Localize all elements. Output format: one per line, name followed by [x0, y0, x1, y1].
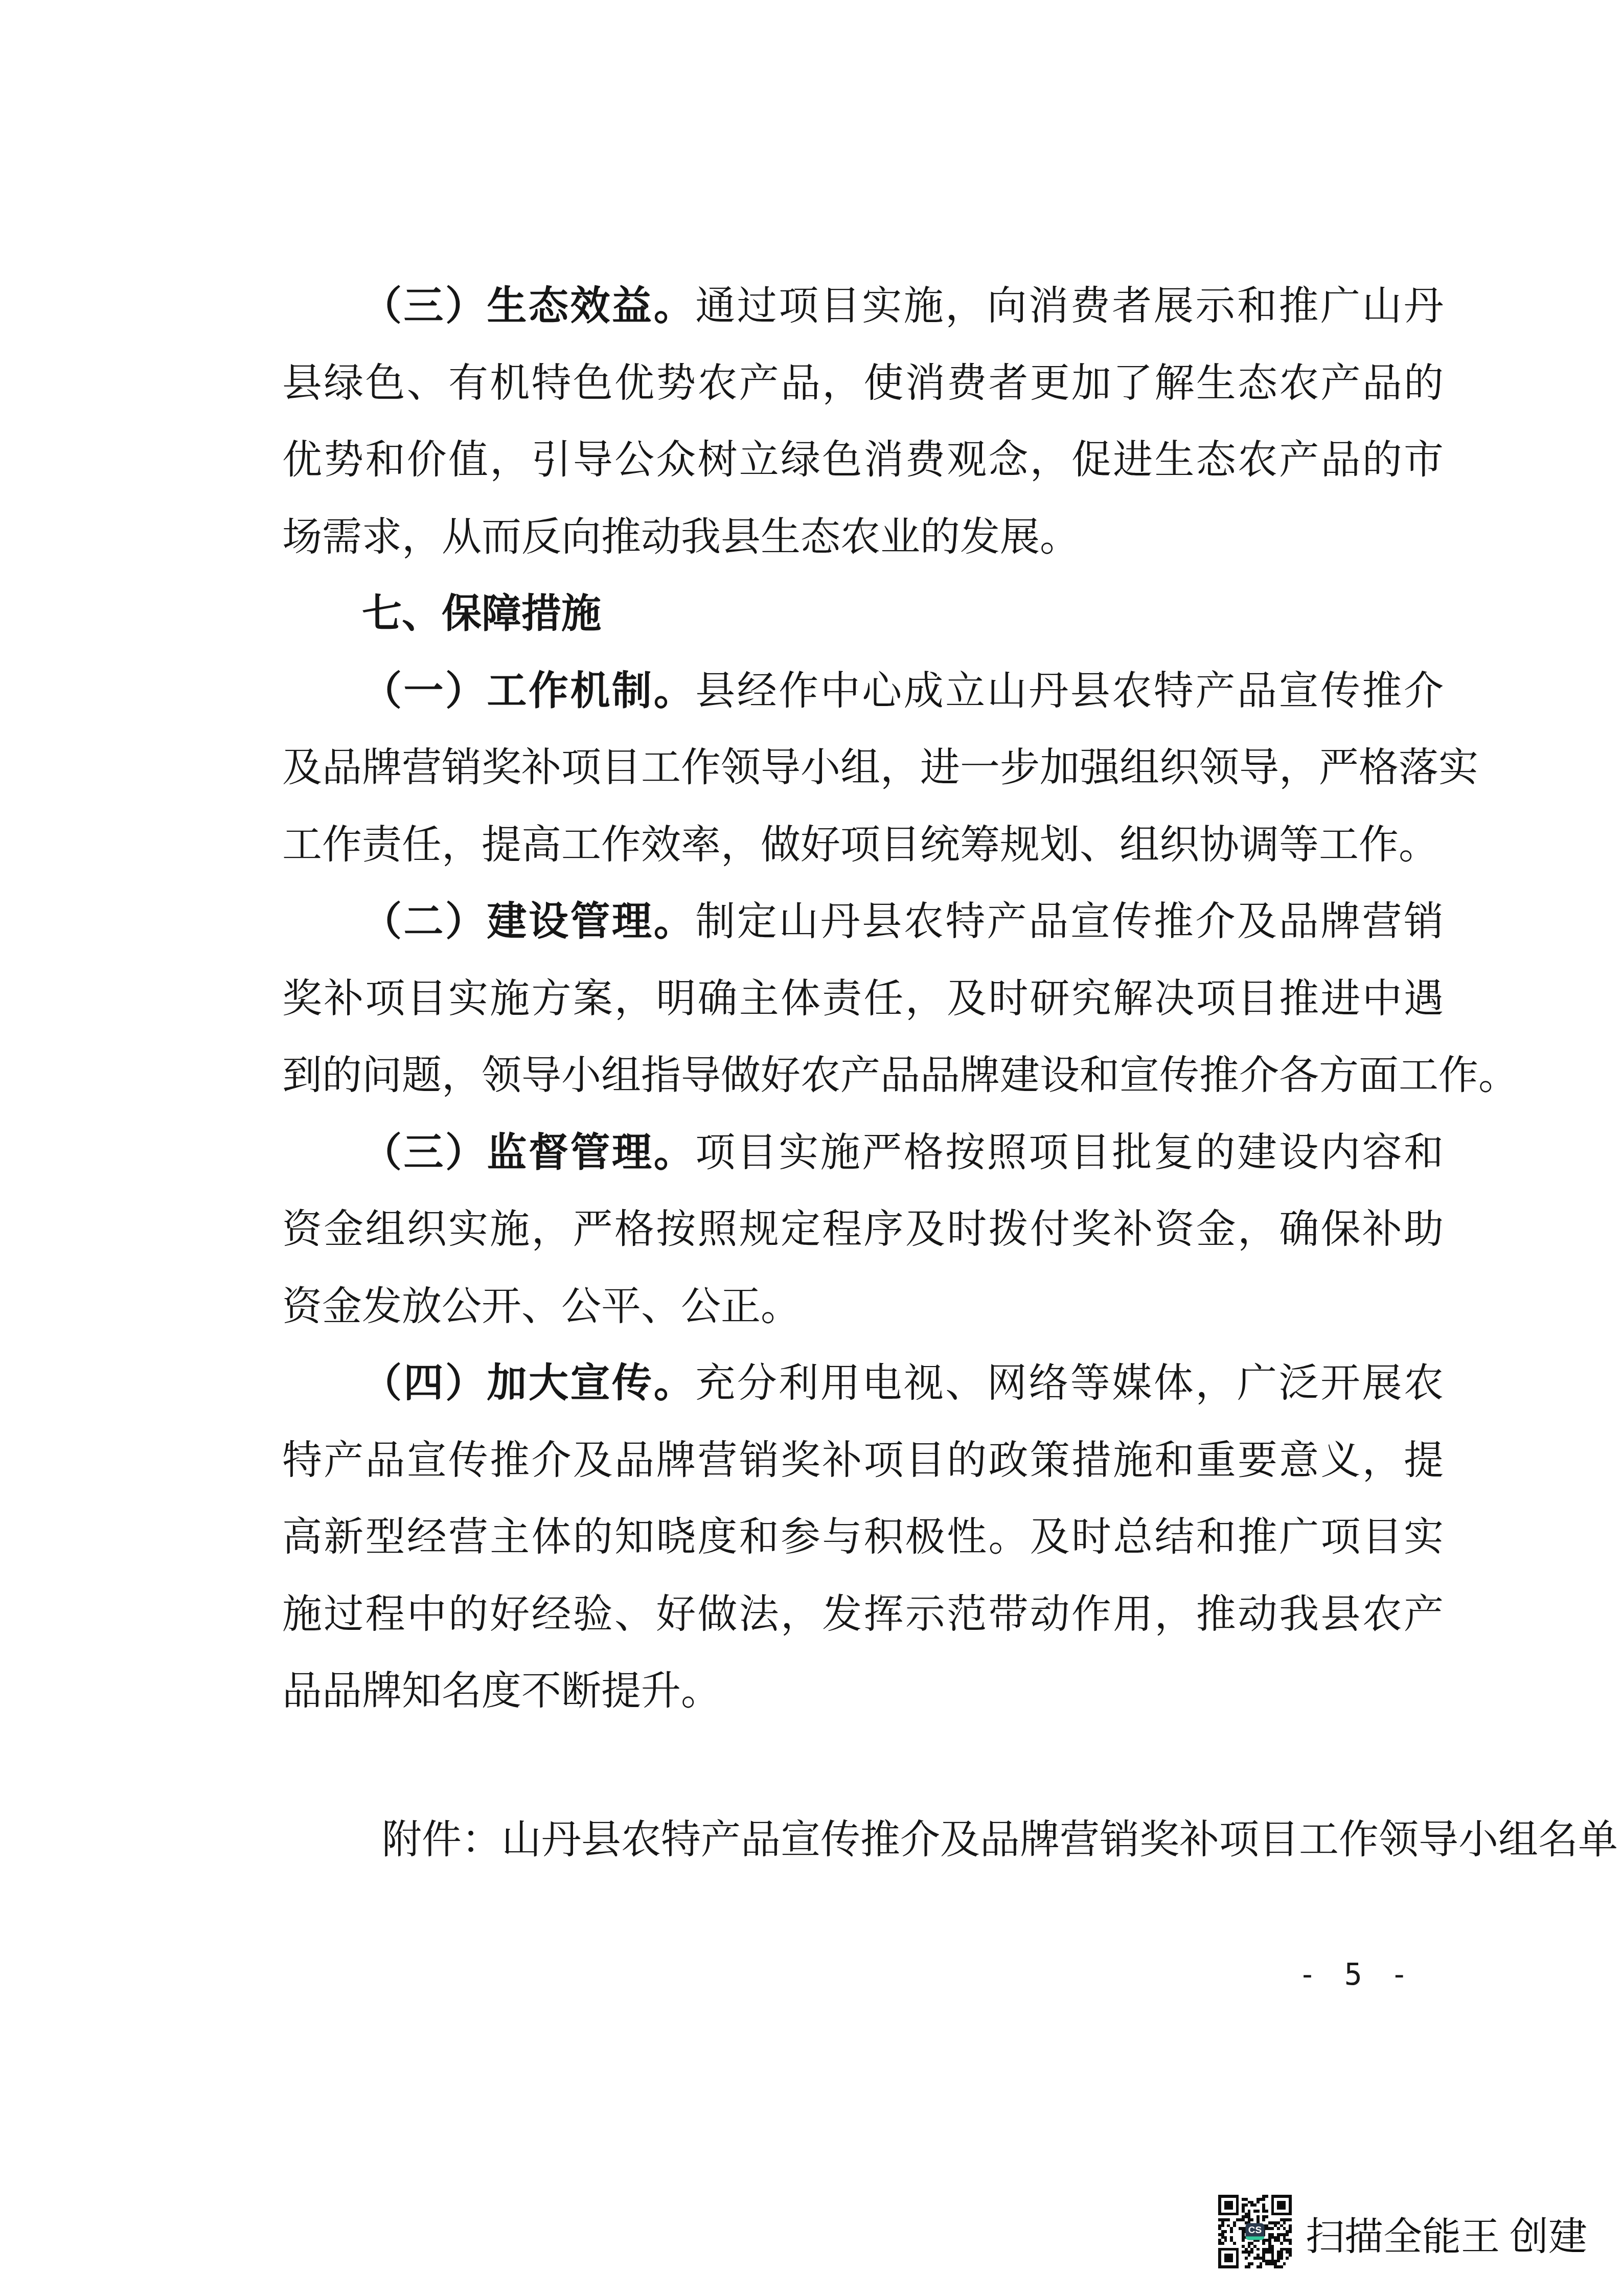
paragraph-text: 及品牌营销奖补项目工作领导小组，进一步加强组织领导，严格落实	[282, 745, 1478, 790]
paragraph-label: （四）加大宣传。	[362, 1361, 695, 1405]
paragraph-text: 项目实施严格按照项目批复的建设内容和	[695, 1130, 1444, 1175]
camscanner-logo-accent-bar	[1246, 2237, 1265, 2240]
paragraph-label: （二）建设管理。	[362, 899, 695, 944]
paragraph-text: 优势和价值，引导公众树立绿色消费观念，促进生态农产品的市	[282, 438, 1444, 482]
paragraph-text: 施过程中的好经验、好做法，发挥示范带动作用，推动我县农产	[282, 1592, 1444, 1636]
paragraph-line: 资金发放公开、公平、公正。	[282, 1268, 1444, 1346]
page-number: - 5 -	[1298, 1957, 1413, 1992]
paragraph-line: （四）加大宣传。充分利用电视、网络等媒体，广泛开展农	[282, 1345, 1444, 1422]
paragraph-line: 资金组织实施，严格按照规定程序及时拨付奖补资金，确保补助	[282, 1191, 1444, 1268]
section-heading-text: 七、保障措施	[362, 592, 601, 636]
paragraph-text: 高新型经营主体的知晓度和参与积极性。及时总结和推广项目实	[282, 1515, 1444, 1559]
scanned-document-page: （三）生态效益。通过项目实施，向消费者展示和推广山丹 县绿色、有机特色优势农产品…	[0, 0, 1622, 2296]
paragraph-line: 到的问题，领导小组指导做好农产品品牌建设和宣传推介各方面工作。	[282, 1037, 1444, 1115]
camscanner-watermark: CS 扫描全能王 创建	[1218, 2195, 1587, 2268]
paragraph-line: 高新型经营主体的知晓度和参与积极性。及时总结和推广项目实	[282, 1499, 1444, 1576]
attachment-line: 附件：山丹县农特产品宣传推介及品牌营销奖补项目工作领导小组名单	[282, 1802, 1444, 1879]
paragraph-text: 品品牌知名度不断提升。	[282, 1669, 721, 1713]
paragraph-line: 工作责任，提高工作效率，做好项目统筹规划、组织协调等工作。	[282, 807, 1444, 884]
paragraph-label: （三）监督管理。	[362, 1130, 695, 1175]
paragraph-text: 特产品宣传推介及品牌营销奖补项目的政策措施和重要意义，提	[282, 1438, 1444, 1483]
paragraph-line: 县绿色、有机特色优势农产品，使消费者更加了解生态农产品的	[282, 345, 1444, 422]
paragraph-line: 及品牌营销奖补项目工作领导小组，进一步加强组织领导，严格落实	[282, 730, 1444, 807]
paragraph-text: 县绿色、有机特色优势农产品，使消费者更加了解生态农产品的	[282, 361, 1444, 405]
camscanner-logo-label: CS	[1248, 2225, 1262, 2235]
watermark-text: 扫描全能王 创建	[1306, 2218, 1587, 2257]
paragraph-text: 奖补项目实施方案，明确主体责任，及时研究解决项目推进中遇	[282, 976, 1444, 1021]
paragraph-text: 资金组织实施，严格按照规定程序及时拨付奖补资金，确保补助	[282, 1207, 1444, 1252]
paragraph-line: （二）建设管理。制定山丹县农特产品宣传推介及品牌营销	[282, 883, 1444, 961]
paragraph-text: 县经作中心成立山丹县农特产品宣传推介	[695, 669, 1444, 713]
attachment-text: 附件：山丹县农特产品宣传推介及品牌营销奖补项目工作领导小组名单	[382, 1817, 1618, 1862]
paragraph-line: 优势和价值，引导公众树立绿色消费观念，促进生态农产品的市	[282, 422, 1444, 499]
paragraph-text: 通过项目实施，向消费者展示和推广山丹	[695, 284, 1444, 328]
document-body: （三）生态效益。通过项目实施，向消费者展示和推广山丹 县绿色、有机特色优势农产品…	[282, 268, 1444, 1878]
paragraph-line: （三）生态效益。通过项目实施，向消费者展示和推广山丹	[282, 268, 1444, 345]
camscanner-logo: CS	[1246, 2223, 1265, 2240]
paragraph-text: 工作责任，提高工作效率，做好项目统筹规划、组织协调等工作。	[282, 823, 1438, 867]
qr-code: CS	[1218, 2195, 1292, 2268]
paragraph-text: 到的问题，领导小组指导做好农产品品牌建设和宣传推介各方面工作。	[282, 1053, 1518, 1098]
paragraph-line: 场需求，从而反向推动我县生态农业的发展。	[282, 499, 1444, 576]
paragraph-line: 特产品宣传推介及品牌营销奖补项目的政策措施和重要意义，提	[282, 1422, 1444, 1499]
paragraph-line: （三）监督管理。项目实施严格按照项目批复的建设内容和	[282, 1115, 1444, 1192]
paragraph-label: （一）工作机制。	[362, 669, 695, 713]
paragraph-line: （一）工作机制。县经作中心成立山丹县农特产品宣传推介	[282, 653, 1444, 730]
paragraph-text: 资金发放公开、公平、公正。	[282, 1284, 801, 1329]
paragraph-line: 品品牌知名度不断提升。	[282, 1653, 1444, 1730]
paragraph-line: 施过程中的好经验、好做法，发挥示范带动作用，推动我县农产	[282, 1576, 1444, 1653]
paragraph-text: 充分利用电视、网络等媒体，广泛开展农	[695, 1361, 1444, 1405]
paragraph-line: 奖补项目实施方案，明确主体责任，及时研究解决项目推进中遇	[282, 961, 1444, 1038]
section-heading: 七、保障措施	[282, 576, 1444, 653]
paragraph-text: 制定山丹县农特产品宣传推介及品牌营销	[695, 899, 1444, 944]
paragraph-text: 场需求，从而反向推动我县生态农业的发展。	[282, 515, 1080, 559]
paragraph-label: （三）生态效益。	[362, 284, 695, 328]
